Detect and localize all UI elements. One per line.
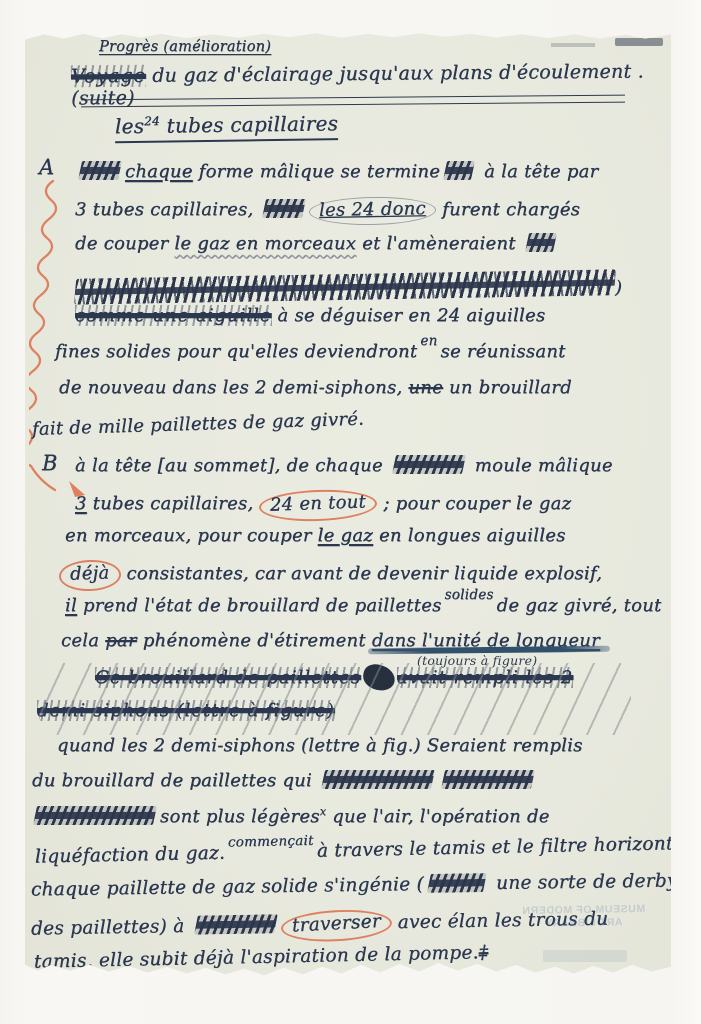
orange-circled-text: 24 en tout (259, 488, 378, 523)
line-text: chaque paillette de gaz solide s'ingénie… (31, 874, 424, 900)
underlined-text: 3 (75, 493, 87, 514)
line-text: ; pour couper le gaz (377, 493, 571, 514)
scribbled-word (441, 770, 535, 789)
scribbled-word (392, 455, 466, 474)
subtitle-rest: tubes capillaires (160, 111, 338, 137)
handwritten-line: quand les 2 demi-siphons (lettre à fig.)… (25, 735, 671, 770)
line-text: du brouillard de paillettes qui (32, 770, 318, 791)
struck-word: par (105, 630, 137, 651)
scribbled-word (443, 161, 475, 180)
blue-marked-text: dans l'unité de longueur (372, 630, 600, 651)
line-text: 3 tubes capillaires, (75, 199, 259, 220)
word-chaque: chaque (125, 161, 193, 182)
obliterated-text: avait rempli les 2 (397, 667, 573, 688)
title-line: Voyage du gaz d'éclairage jusqu'aux plan… (25, 60, 671, 98)
heavy-scribble (74, 269, 616, 304)
handwritten-line: chaque forme mâlique se termine à la têt… (25, 161, 671, 197)
line-text: furent chargés (436, 199, 580, 220)
obliterated-text: comme une aiguille (75, 305, 272, 326)
line-text: ) (615, 277, 622, 298)
struck-word: une (408, 377, 443, 398)
stamp-line: ART LIBRARY (522, 916, 646, 931)
struck-mark: ‡ (478, 942, 488, 963)
subtitle-24: 24 (144, 114, 160, 128)
margin-letter-a: A (39, 155, 54, 179)
line-text: en longues aiguilles (373, 525, 566, 546)
handwritten-line: il prend l'état de brouillard de paillet… (25, 595, 671, 630)
line-text: prend l'état de brouillard de paillettes (77, 595, 442, 616)
margin-letter-b: B (42, 451, 58, 475)
handwritten-line: 3 tubes capillaires, 24 en tout ; pour c… (25, 490, 671, 525)
handwritten-line: à la tête [au sommet], de chaque moule m… (25, 455, 671, 490)
line-text: sont plus légères (160, 806, 320, 827)
scribbled-out-line: ) (25, 269, 671, 305)
handwritten-line: 3 tubes capillaires, les 24 donc furent … (25, 197, 671, 233)
line-text: et l'amèneraient (356, 233, 522, 254)
line-text: à se déguiser en 24 aiguilles (272, 305, 546, 326)
scribbled-word (262, 199, 306, 218)
handwritten-line: de couper le gaz en morceaux et l'amèner… (25, 233, 671, 269)
line-text: à la tête par (478, 161, 598, 182)
handwritten-line: déjà consistantes, car avant de devenir … (25, 560, 671, 595)
obliterated-text: demi-siphons (lettre à figure) (37, 700, 335, 721)
subtitle-line: les24 tubes capillaires (25, 106, 671, 151)
line-text: des paillettes) à (31, 916, 191, 940)
line-text: une sorte de derby (490, 870, 678, 894)
handwritten-line: cela par phénomène d'étirement dans l'un… (25, 630, 671, 665)
handwritten-line: en morceaux, pour couper le gaz en longu… (25, 525, 671, 560)
stamp-bleedthrough-mark (543, 950, 627, 962)
obliterated-text: Ce brouillard de paillettes (95, 667, 361, 688)
stamp-line: MUSEUM OF MODERN (521, 903, 645, 918)
line-text: tubes capillaires, (87, 493, 260, 514)
line-text: consistantes, car avant de devenir liqui… (121, 563, 603, 584)
library-stamp-bleedthrough: MUSEUM OF MODERN ART LIBRARY (521, 903, 645, 931)
line-text: que l'air, l'opération de (326, 806, 549, 827)
subtitle: les24 tubes capillaires (115, 111, 339, 143)
scribbled-word (525, 233, 557, 252)
line-text: moule mâlique (469, 455, 613, 476)
line-text: de nouveau dans les 2 demi-siphons, (59, 377, 408, 398)
crossed-out-block: Ce brouillard de paillettesavait rempli … (25, 665, 671, 735)
section-b: B à la tête [au sommet], de chaque moule… (25, 455, 671, 980)
scribbled-word (427, 873, 487, 893)
line-text: un brouillard (443, 377, 572, 398)
section-a: A chaque forme mâlique se termine à la t… (25, 161, 671, 445)
line-text: de gaz givré, tout (497, 595, 662, 616)
handwritten-line: comme une aiguille à se déguiser en 24 a… (25, 305, 671, 341)
inserted-word: solides (445, 587, 494, 603)
handwritten-line: fines solides pour qu'elles deviendronte… (25, 341, 671, 377)
manuscript-page: Progrès (amélioration) Voyage du gaz d'é… (25, 31, 671, 982)
line-text: se réunissant (441, 341, 566, 362)
wavy-underlined-text: le gaz en morceaux (174, 233, 356, 254)
line-text: cela (61, 630, 105, 651)
struck-word-voyage: Voyage (71, 65, 146, 88)
orange-circled-text: traverser (280, 907, 393, 944)
line-text: quand les 2 demi-siphons (lettre à fig.)… (57, 735, 583, 756)
scribbled-word (194, 914, 278, 934)
line-text: fines solides pour qu'elles deviendront (55, 341, 417, 362)
scan-background: Progrès (amélioration) Voyage du gaz d'é… (0, 0, 701, 1024)
inserted-word: commençait (228, 833, 314, 851)
line-text: forme mâlique se termine (193, 161, 441, 182)
scribbled-word (33, 806, 157, 825)
underlined-text: il (65, 595, 77, 616)
handwritten-line: du brouillard de paillettes qui (25, 770, 671, 805)
orange-circled-text: déjà (58, 559, 121, 592)
pre-title: Progrès (amélioration) (25, 39, 671, 63)
scribbled-out-line: demi-siphons (lettre à figure) (25, 700, 671, 735)
inserted-word: en (420, 333, 437, 349)
title-block: Progrès (amélioration) Voyage du gaz d'é… (25, 39, 671, 147)
scribbled-word (321, 770, 435, 789)
underlined-text: le gaz (318, 525, 373, 546)
line-text: en morceaux, pour couper (65, 525, 318, 546)
pencil-circled-text: les 24 donc (309, 196, 436, 226)
line-text: à la tête [au sommet], de chaque (75, 455, 389, 476)
scribbled-word (78, 161, 122, 180)
ink-blot (361, 662, 397, 693)
line-text: phénomène d'étirement (137, 630, 372, 651)
line-text: liquéfaction du gaz. (35, 843, 226, 868)
ink-smudge (615, 38, 663, 46)
scribbled-out-line: Ce brouillard de paillettesavait rempli … (25, 665, 671, 700)
subtitle-les: les (115, 114, 145, 138)
